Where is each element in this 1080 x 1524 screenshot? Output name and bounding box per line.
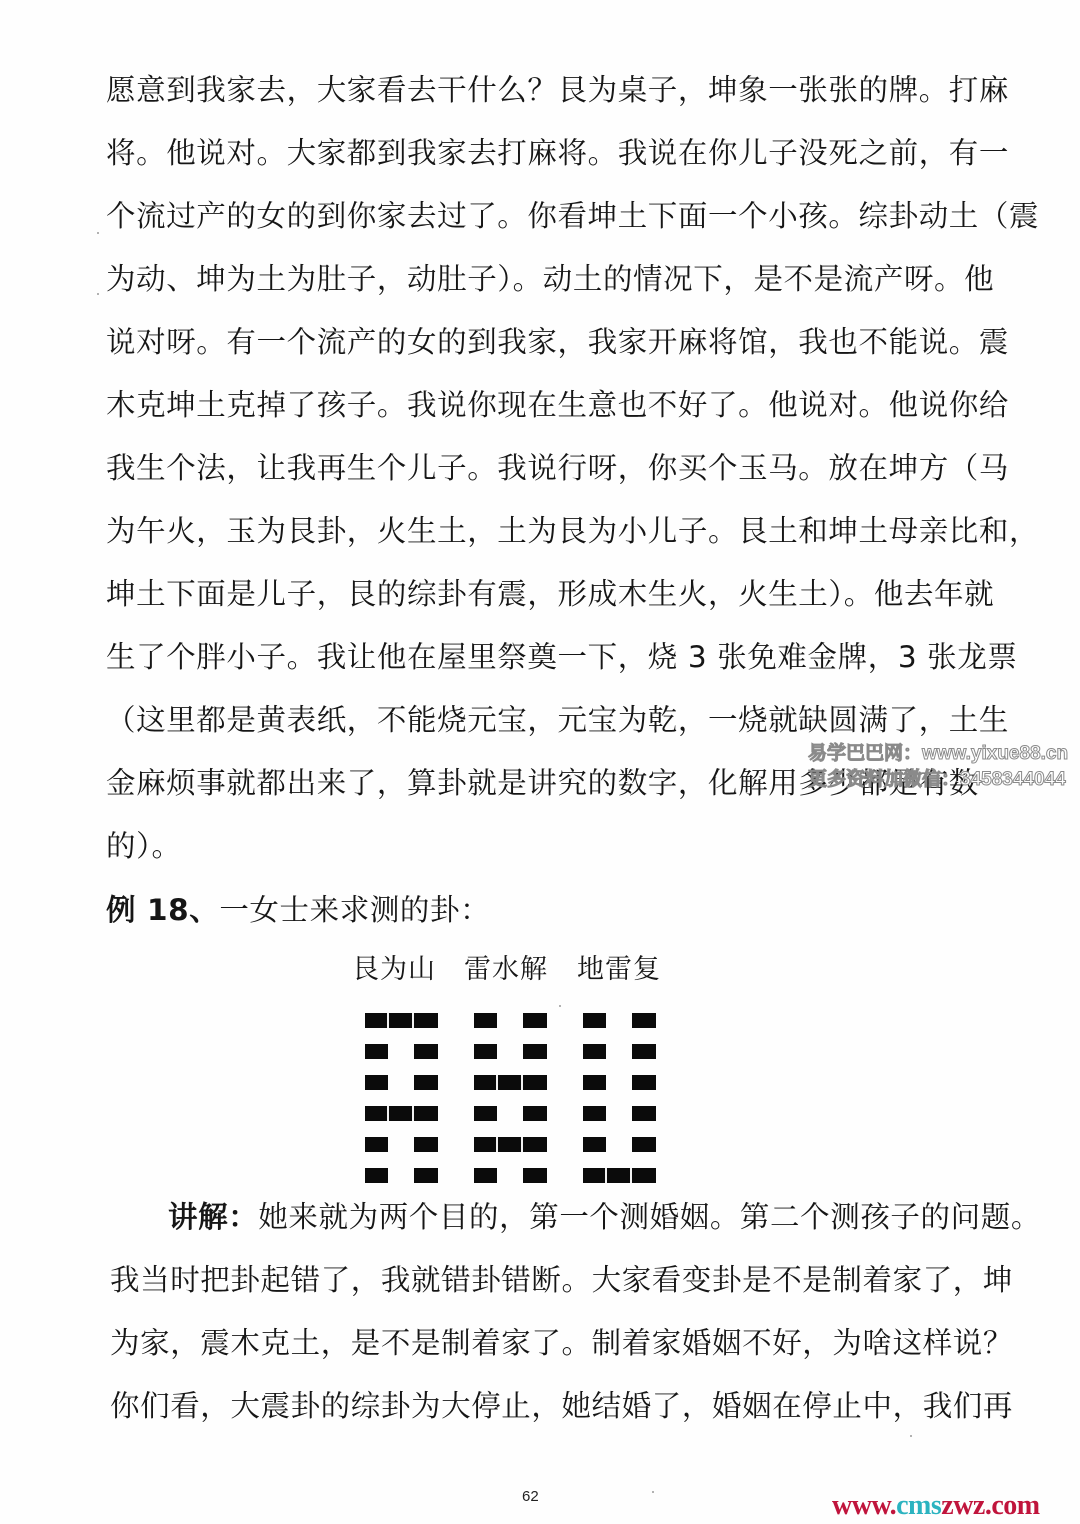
yang-line-icon — [365, 1013, 438, 1028]
yin-line-icon — [365, 1044, 438, 1059]
watermark-footer-part: www. — [832, 1490, 896, 1521]
yin-line-icon — [474, 1013, 547, 1028]
line-segment — [474, 1044, 497, 1059]
document-page: 愿意到我家去，大家看去干什么？艮为桌子，坤象一张张的牌。打麻 将。他说对。大家都… — [0, 0, 1080, 1524]
yin-line-icon — [583, 1106, 656, 1121]
line-segment — [414, 1044, 438, 1059]
scan-speck — [559, 1005, 561, 1007]
line-segment — [632, 1106, 656, 1121]
line-segment — [474, 1075, 547, 1090]
hexagram-name: 雷水解 — [464, 953, 548, 987]
line-segment — [523, 1168, 547, 1183]
watermark-footer-part: cms — [896, 1490, 941, 1521]
line-segment — [523, 1106, 547, 1121]
paragraph-line: 的）。 — [106, 828, 182, 864]
yin-line-icon — [365, 1075, 438, 1090]
paragraph-line: （这里都是黄表纸，不能烧元宝，元宝为乾，一烧就缺圆满了，土生 — [106, 702, 1009, 738]
line-segment — [632, 1075, 656, 1090]
hexagram-name: 艮为山 — [352, 953, 436, 987]
paragraph-line: 为家，震木克土，是不是制着家了。制着家婚姻不好，为啥这样说？ — [110, 1325, 1013, 1361]
line-segment — [474, 1013, 497, 1028]
paragraph-line: 将。他说对。大家都到我家去打麻将。我说在你儿子没死之前，有一 — [106, 135, 1009, 171]
line-segment — [632, 1013, 656, 1028]
line-segment — [583, 1013, 606, 1028]
hexagram-lei-shui-jie — [474, 1013, 547, 1199]
line-segment — [365, 1075, 388, 1090]
line-segment — [365, 1168, 388, 1183]
paragraph-line: 为动、坤为土为肚子，动肚子）。动土的情况下，是不是流产呀。他 — [106, 261, 994, 297]
example-heading: 例 18、一女士来求测的卦： — [106, 892, 490, 928]
line-segment — [583, 1137, 606, 1152]
explanation-first-line: 讲解：她来就为两个目的，第一个测婚姻。第二个测孩子的问题。 — [168, 1199, 1041, 1235]
paragraph-line: 为午火，玉为艮卦，火生土，土为艮为小儿子。艮土和坤土母亲比和， — [106, 513, 1039, 549]
paragraph-line: 愿意到我家去，大家看去干什么？艮为桌子，坤象一张张的牌。打麻 — [106, 72, 1009, 108]
line-segment — [583, 1106, 606, 1121]
yin-line-icon — [583, 1044, 656, 1059]
yin-line-icon — [583, 1013, 656, 1028]
line-segment — [632, 1137, 656, 1152]
yang-line-icon — [365, 1106, 438, 1121]
page-number: 62 — [522, 1488, 539, 1505]
yin-line-icon — [583, 1137, 656, 1152]
line-segment — [365, 1137, 388, 1152]
example-title: 一女士来求测的卦： — [219, 893, 490, 927]
scan-speck — [910, 1435, 912, 1437]
yin-line-icon — [474, 1168, 547, 1183]
line-segment — [583, 1075, 606, 1090]
line-segment — [365, 1106, 438, 1121]
line-segment — [474, 1106, 497, 1121]
watermark-site-line: 易学巴巴网：www.yixue88.cn — [808, 738, 1068, 765]
yin-line-icon — [583, 1075, 656, 1090]
watermark-footer-part: zwz.com — [941, 1490, 1039, 1521]
hexagram-gen-wei-shan — [365, 1013, 438, 1199]
scan-speck — [652, 1491, 654, 1493]
example-label: 例 18、 — [106, 893, 219, 927]
line-segment — [474, 1168, 497, 1183]
yin-line-icon — [365, 1168, 438, 1183]
hexagram-di-lei-fu — [583, 1013, 656, 1199]
yang-line-icon — [474, 1137, 547, 1152]
yin-line-icon — [474, 1106, 547, 1121]
explanation-label: 讲解： — [168, 1200, 258, 1234]
line-segment — [365, 1013, 438, 1028]
line-segment — [365, 1044, 388, 1059]
paragraph-line: 我生个法，让我再生个儿子。我说行呀，你买个玉马。放在坤方（马 — [106, 450, 1009, 486]
line-segment — [583, 1044, 606, 1059]
watermark-footer-url: www.cmszwz.com — [832, 1490, 1040, 1522]
paragraph-line: 个流过产的女的到你家去过了。你看坤土下面一个小孩。综卦动土（震 — [106, 198, 1039, 234]
scan-speck — [97, 232, 99, 234]
yang-line-icon — [583, 1168, 656, 1183]
line-segment — [414, 1168, 438, 1183]
yin-line-icon — [474, 1044, 547, 1059]
explanation-text: 她来就为两个目的，第一个测婚姻。第二个测孩子的问题。 — [258, 1200, 1041, 1234]
line-segment — [414, 1075, 438, 1090]
line-segment — [474, 1137, 547, 1152]
line-segment — [414, 1137, 438, 1152]
yin-line-icon — [365, 1137, 438, 1152]
paragraph-line: 生了个胖小子。我让他在屋里祭奠一下，烧 3 张免难金牌，3 张龙票 — [106, 639, 1017, 675]
paragraph-line: 木克坤土克掉了孩子。我说你现在生意也不好了。他说对。他说你给 — [106, 387, 1009, 423]
paragraph-line: 坤土下面是儿子，艮的综卦有震，形成木生火，火生土）。他去年就 — [106, 576, 994, 612]
line-segment — [523, 1044, 547, 1059]
line-segment — [523, 1013, 547, 1028]
yang-line-icon — [474, 1075, 547, 1090]
scan-speck — [325, 203, 327, 205]
paragraph-line: 说对呀。有一个流产的女的到我家，我家开麻将馆，我也不能说。震 — [106, 324, 1009, 360]
watermark-contact-line: 更多资料加微信：3458344044 — [808, 764, 1066, 791]
paragraph-line: 我当时把卦起错了，我就错卦错断。大家看变卦是不是制着家了，坤 — [110, 1262, 1013, 1298]
line-segment — [583, 1168, 656, 1183]
paragraph-line: 你们看，大震卦的综卦为大停止，她结婚了，婚姻在停止中，我们再 — [110, 1388, 1013, 1424]
hexagram-name: 地雷复 — [577, 953, 661, 987]
scan-speck — [97, 293, 99, 295]
line-segment — [632, 1044, 656, 1059]
